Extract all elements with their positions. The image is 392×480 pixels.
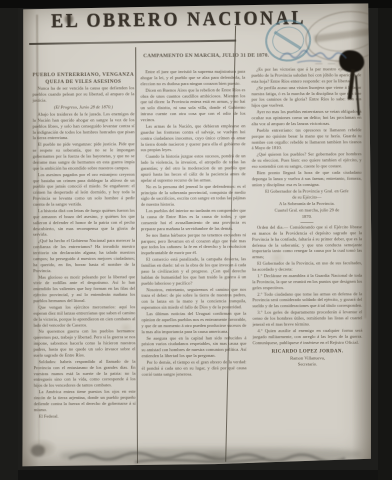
column-line: [300, 222, 313, 223]
body-paragraph: Se asegura que en la capital han sido re…: [141, 335, 246, 359]
body-paragraph: Se nos llama bárbaros porque no tenemos …: [141, 232, 246, 256]
body-paragraph: Abajo los traidores de la fe jurada. Los…: [32, 111, 134, 141]
body-paragraph: El Federal.: [34, 413, 136, 419]
body-paragraph: ¿Qué quieren los pueblos? Ser gobernados…: [252, 151, 362, 169]
body-paragraph: Mas glorioso es morir peleando por la li…: [33, 274, 135, 304]
news-column-left: PUEBLO ENTRERRIANO, VENGANZAQUEJA DE VIL…: [32, 70, 136, 462]
body-paragraph: La América entera tiene puestos los ojos…: [34, 389, 136, 413]
body-paragraph: Los asesinos pagados por el oro estranje…: [33, 172, 135, 208]
column-line: 1870.: [252, 214, 362, 220]
body-paragraph: 3.° Los gefes de departamento procederán…: [252, 309, 362, 327]
column-line: A la Soberanía de la Provincia.: [252, 201, 362, 207]
column-line: Ramon Villanueva,: [253, 355, 363, 361]
body-paragraph: Por lo demás, el tiempo es el gran obrer…: [142, 359, 247, 377]
body-paragraph: No queremos guerra con los pueblos herma…: [33, 328, 135, 358]
body-paragraph: Nosotros, entretanto, seguiremos el cami…: [141, 287, 246, 311]
column-line: (El Progreso, Junio 28 de 1870.): [32, 104, 134, 110]
body-paragraph: Pueblo entrerriano: tus opresores te lla…: [252, 127, 362, 151]
body-paragraph: Orden del dia.— Considerando que si el E…: [252, 224, 362, 260]
body-paragraph: Nunca ha de ser vencida la causa que def…: [32, 85, 134, 103]
body-paragraph: Las últimas noticias del Uruguai confirm…: [141, 311, 246, 335]
column-text: ¿Es por las victorias que á la par nuest…: [251, 66, 362, 368]
pencil-scribble: [65, 441, 373, 466]
body-paragraph: 2.° Todo ciudadano que tome las armas en…: [252, 291, 362, 309]
news-column-right: ¿Es por las victorias que á la par nuest…: [251, 66, 363, 458]
column-text: Entre el juez que invistió la suprema ma…: [140, 69, 246, 378]
body-paragraph: ¿Se perfila acaso una vision lisonjera q…: [251, 85, 361, 109]
masthead-rule: [29, 40, 236, 45]
column-line: Cuartel Gral. en marcha, julio 29 de: [252, 207, 362, 213]
column-text: PUEBLO ENTRERRIANO, VENGANZAQUEJA DE VIL…: [32, 71, 136, 419]
body-paragraph: No es la persona del jeneral lo que defe…: [141, 184, 246, 208]
body-paragraph: Ayer no mas los pueblos entrerrianos se …: [251, 109, 361, 127]
news-column-center: Entre el juez que invistió la suprema ma…: [140, 69, 247, 463]
body-paragraph: Entre el juez que invistió la suprema ma…: [140, 69, 245, 87]
column-line: de su Ejército—: [252, 194, 362, 200]
column-line: PUEBLO ENTRERRIANO, VENGANZA: [32, 71, 134, 78]
body-paragraph: Soldados: habeis respondido al llamado d…: [34, 359, 136, 389]
body-paragraph: Que vengan los ejércitos mercenarios: aq…: [33, 304, 135, 328]
body-paragraph: El comercio está paralizado, la campaña …: [141, 256, 246, 286]
body-paragraph: ¿Qué ha hecho el Gobierno Nacional para …: [33, 238, 135, 274]
paper-crease: [363, 58, 366, 318]
handwriting-mark: [277, 46, 351, 66]
body-paragraph: Dicen en Buenos Aires que la rebelion de…: [140, 87, 245, 123]
body-paragraph: Cuando la historia juzgue estos sucesos,…: [141, 153, 246, 183]
dateline-container: CAMPAMENTO EN MARCHA, JULIO 31 DE 1870.: [143, 53, 261, 64]
body-paragraph: 4.° Quien auxilie al enemigo en cualquie…: [252, 328, 362, 346]
body-paragraph: El Gobernador de la Provincia, en uso de…: [252, 260, 362, 272]
column-line: RICARDO LOPEZ JORDAN.: [252, 348, 362, 355]
column-line: El Gobernador de la Provincia y Gral. en…: [252, 188, 362, 194]
body-paragraph: Los pueblos del interior no tardarán en …: [141, 208, 246, 232]
column-line: QUEJA DE VILES ASESINOS: [32, 78, 134, 85]
newspaper-page: EL OBRERO NACIONAL CAMPAMENTO EN MARCHA,…: [19, 3, 373, 467]
body-paragraph: 1.° Declárase en asamblea á la Guardia N…: [252, 273, 362, 291]
scanner-background: EL OBRERO NACIONAL CAMPAMENTO EN MARCHA,…: [0, 0, 392, 480]
body-paragraph: El pueblo no pide venganzas: pide justic…: [33, 141, 135, 171]
column-line: Secretario.: [253, 361, 363, 367]
body-paragraph: Las armas de la Nación, que debieran emp…: [141, 123, 246, 153]
dateline: CAMPAMENTO EN MARCHA, JULIO 31 DE 1870.: [143, 53, 261, 59]
body-paragraph: La historia dirá con letras de fuego qui…: [33, 208, 135, 238]
body-paragraph: Bien pronto llegará la hora de que cada …: [252, 170, 362, 188]
